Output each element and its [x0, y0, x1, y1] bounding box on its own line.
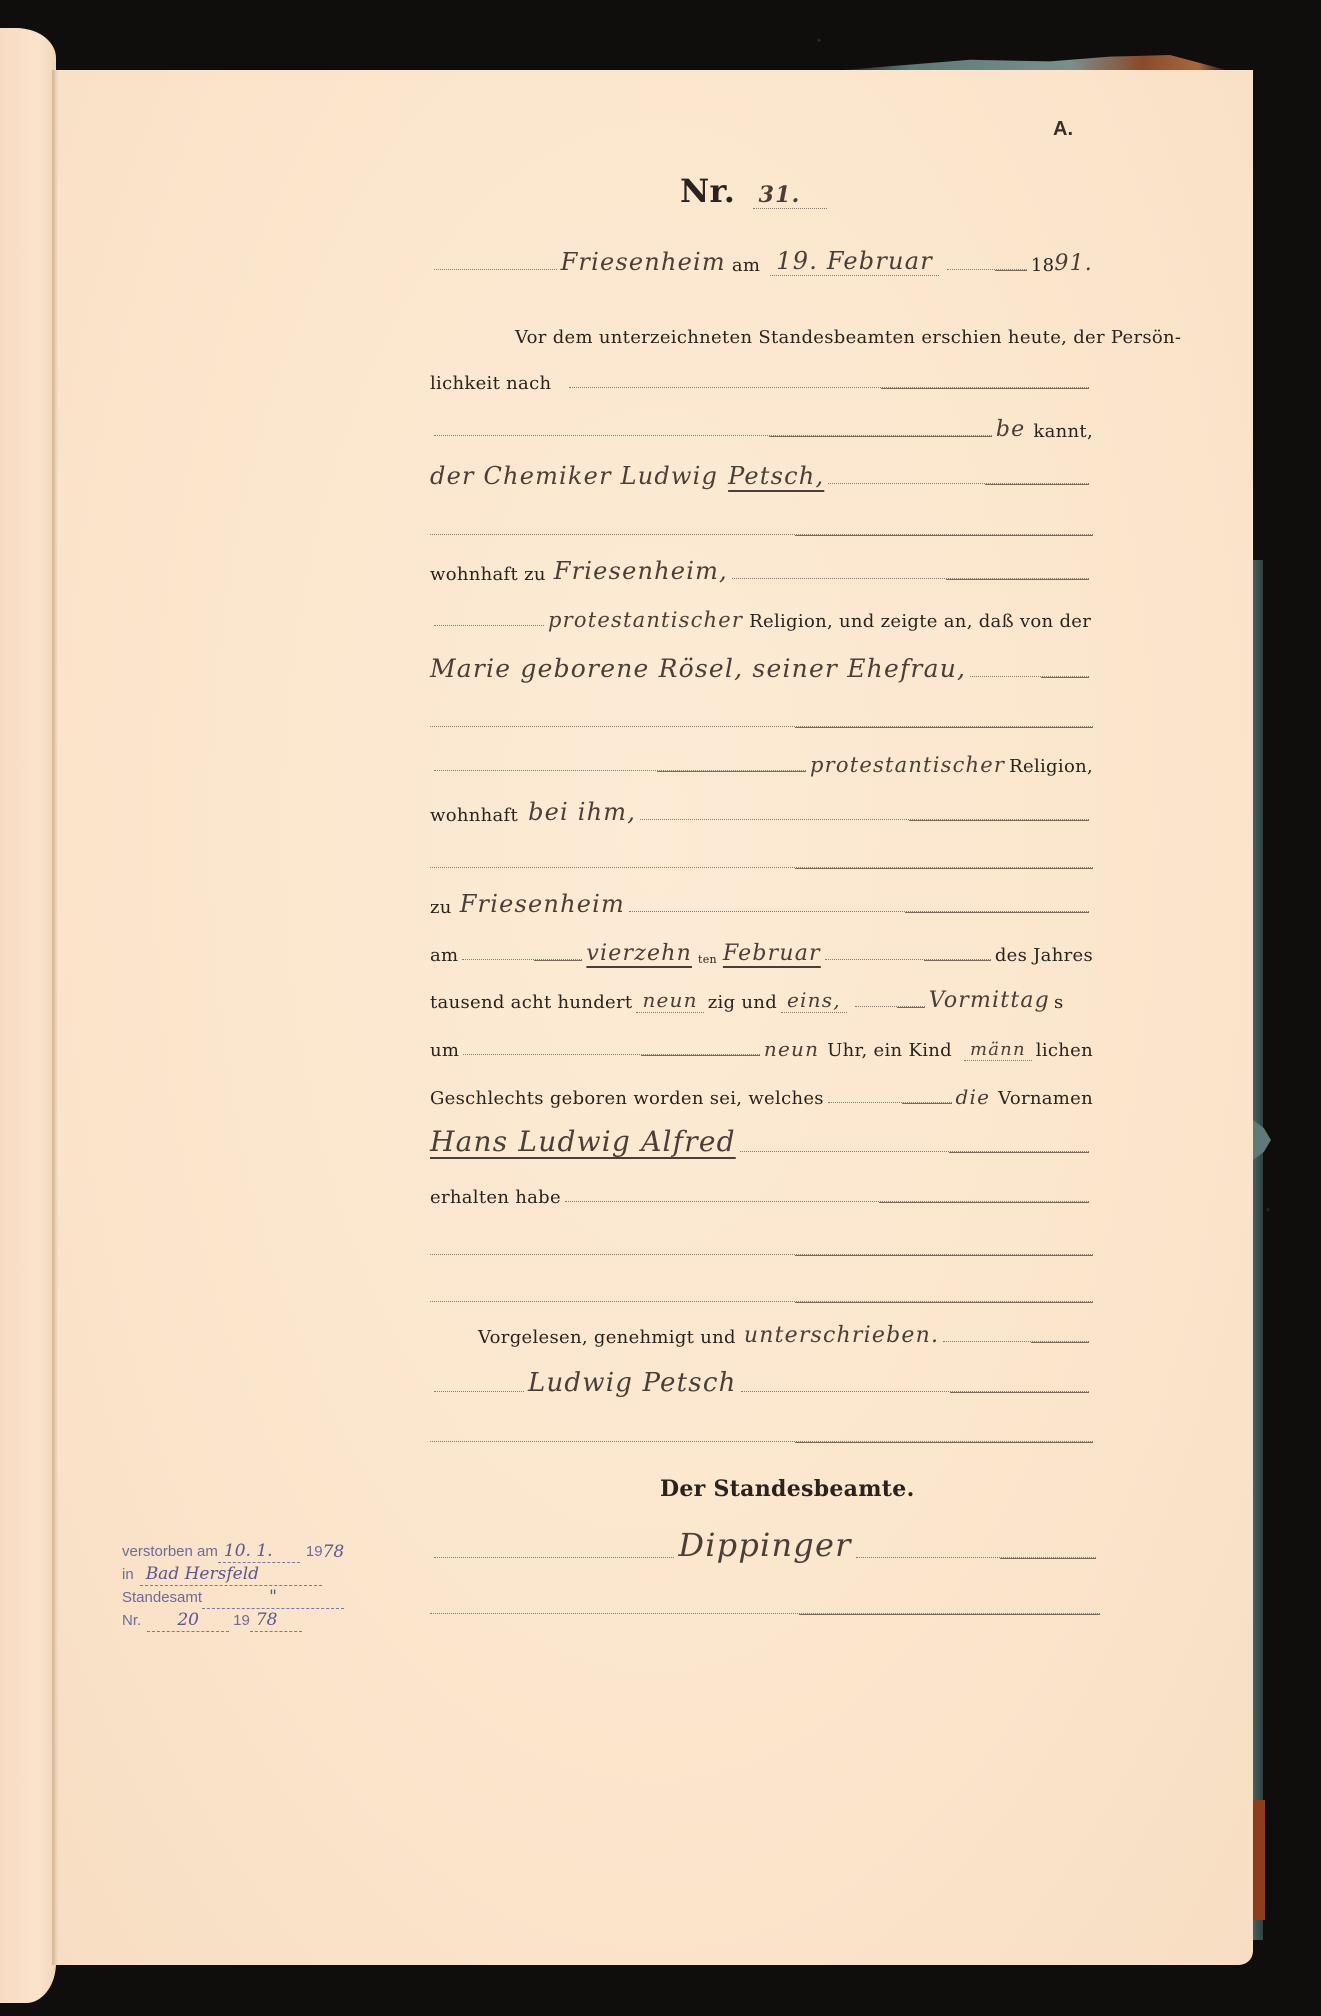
given-names-label: Vornamen [998, 1088, 1093, 1109]
article-value: die [956, 1085, 991, 1109]
blank-line [430, 1612, 1100, 1614]
stamp-died-line: verstorben am 10. 1. 19 78 [122, 1540, 362, 1563]
mother-religion-line: protestantischer Religion, [430, 737, 1093, 777]
death-notation-stamp: verstorben am 10. 1. 19 78 in Bad Hersfe… [122, 1540, 362, 1632]
hour-label: um [430, 1040, 459, 1061]
time-suffix: s [1054, 992, 1064, 1013]
form-type-mark: A. [1053, 118, 1073, 141]
known-hand: be [996, 417, 1026, 442]
day-suffix: ten [698, 953, 717, 966]
blank-line [430, 725, 1093, 727]
stamp-died-date: 10. 1. [218, 1540, 300, 1563]
year-hand-a: neun [636, 988, 703, 1013]
mother-line: Marie geborene Rösel, seiner Ehefrau, [430, 643, 1093, 683]
stamp-nr-year-prefix: 19 [233, 1610, 250, 1632]
received-line: erhalten habe [430, 1168, 1093, 1208]
intro-line: Vor dem unterzeichneten Standesbeamten e… [515, 308, 1095, 348]
blank-line [430, 1440, 1093, 1442]
official-signature: Dippinger [678, 1526, 851, 1564]
informant-signature: Ludwig Petsch [528, 1368, 737, 1398]
dotted-line [828, 482, 1089, 484]
blank-line [430, 533, 1093, 535]
dotted-line [462, 958, 582, 960]
dotted-line [565, 1200, 1089, 1202]
stamp-died-label: verstorben am [122, 1541, 218, 1563]
born-line: Geschlechts geboren worden sei, welches … [430, 1069, 1093, 1109]
informant-name: der Chemiker Ludwig [430, 462, 718, 490]
read-label: Vorgelesen, genehmigt und [478, 1327, 736, 1348]
birthyear-line: tausend acht hundert neun zig und eins, … [430, 973, 1093, 1013]
dotted-line [629, 910, 1089, 912]
year-prefix: 18 [1031, 255, 1055, 276]
received-label: erhalten habe [430, 1187, 561, 1208]
dotted-line [732, 577, 1089, 579]
blank-line [430, 1253, 1093, 1255]
mother-residence-label: wohnhaft [430, 805, 518, 826]
am-label: am [732, 255, 760, 276]
blank-line [430, 866, 1093, 868]
record-number: Nr. 31. [680, 172, 827, 210]
binding-corner [1253, 1800, 1265, 1920]
birthplace-line: zu Friesenheim [430, 878, 1093, 918]
dotted-line [855, 1005, 925, 1007]
child-names-line: Hans Ludwig Alfred [430, 1118, 1093, 1158]
child-text: Uhr, ein Kind [827, 1040, 952, 1061]
dotted-line [856, 1556, 1096, 1558]
residence-label: wohnhaft zu [430, 564, 546, 585]
mother-religion-value: protestantischer [810, 753, 1005, 777]
birthplace-label: zu [430, 897, 452, 918]
mother-residence-line: wohnhaft bei ihm, [430, 786, 1093, 826]
year-text-b: zig und [708, 992, 777, 1013]
birthdate-line: am vierzehn ten Februar des Jahres [430, 926, 1093, 966]
registration-date: 19. Februar [770, 247, 939, 276]
dotted-line [828, 1101, 952, 1103]
dotted-line [943, 1340, 1089, 1342]
dotted-line [434, 268, 557, 270]
dotted-line [434, 1556, 674, 1558]
blank-line [430, 1300, 1093, 1302]
known-line: be kannt, [430, 402, 1093, 442]
year-label: des Jahres [995, 945, 1093, 966]
mother-religion-label: Religion, [1009, 756, 1093, 777]
identity-line: lichkeit nach [430, 354, 1093, 394]
official-signature-line: Dippinger [430, 1524, 1100, 1564]
stamp-nr-year-suffix: 78 [250, 1609, 302, 1632]
informant-signature-line: Ludwig Petsch [430, 1358, 1093, 1398]
stamp-died-place: Bad Hersfeld [140, 1563, 322, 1586]
stamp-office-line: Standesamt " [122, 1586, 362, 1609]
stamp-office-value: " [202, 1586, 344, 1609]
born-text: Geschlechts geboren worden sei, welches [430, 1088, 824, 1109]
place-date-line: Friesenheim am 19. Februar 18 91. [430, 236, 1093, 276]
intro-text: Vor dem unterzeichneten Standesbeamten e… [515, 327, 1181, 348]
known-print: kannt, [1033, 421, 1093, 442]
stamp-died-year-suffix: 78 [323, 1541, 345, 1563]
birthplace-value: Friesenheim [460, 890, 625, 918]
record-number-value: 31. [753, 182, 827, 209]
dotted-line [741, 1390, 1089, 1392]
year-text-a: tausend acht hundert [430, 992, 632, 1013]
stamp-place-line: in Bad Hersfeld [122, 1563, 362, 1586]
informant-surname: Petsch, [728, 462, 824, 490]
read-line: Vorgelesen, genehmigt und unterschrieben… [478, 1308, 1093, 1348]
sex-value: männ [964, 1039, 1032, 1061]
residence-line: wohnhaft zu Friesenheim, [430, 545, 1093, 585]
read-value: unterschrieben. [744, 1323, 939, 1348]
registration-place: Friesenheim [561, 248, 726, 276]
dotted-line [740, 1150, 1089, 1152]
birth-day: vierzehn [586, 941, 692, 966]
religion-value: protestantischer [548, 608, 743, 632]
mother-residence-value: bei ihm, [528, 798, 636, 826]
stamp-nr-value: 20 [147, 1609, 229, 1632]
stamp-nr-line: Nr. 20 19 78 [122, 1609, 362, 1632]
left-page-edge [0, 28, 56, 2003]
hour-value: neun [764, 1037, 819, 1061]
stamp-died-year-prefix: 19 [306, 1541, 323, 1563]
dotted-line [970, 675, 1089, 677]
dotted-line [569, 386, 1089, 388]
year-suffix: 91. [1054, 251, 1093, 276]
dotted-line [640, 818, 1089, 820]
page-gutter [52, 70, 58, 1965]
official-heading: Der Standesbeamte. [660, 1476, 915, 1502]
book-binding-edge [1253, 560, 1263, 1940]
dotted-line [947, 268, 1027, 270]
hour-line: um neun Uhr, ein Kind männ lichen [430, 1021, 1093, 1061]
time-of-day: Vormittag [929, 988, 1050, 1013]
stamp-office-label: Standesamt [122, 1587, 202, 1609]
mother-name: Marie geborene Rösel, seiner Ehefrau, [430, 654, 966, 683]
dotted-line [463, 1053, 760, 1055]
day-label: am [430, 945, 458, 966]
child-names: Hans Ludwig Alfred [430, 1125, 736, 1158]
identity-label: lichkeit nach [430, 373, 551, 394]
dotted-line [434, 624, 544, 626]
sex-suffix: lichen [1036, 1040, 1093, 1061]
religion-line: protestantischer Religion, und zeigte an… [430, 592, 1093, 632]
birth-month: Februar [723, 941, 821, 966]
dotted-line [434, 769, 806, 771]
dotted-line [825, 958, 991, 960]
stamp-nr-label: Nr. [122, 1610, 141, 1632]
year-hand-b: eins, [781, 988, 847, 1013]
informant-line: der Chemiker Ludwig Petsch, [430, 450, 1093, 490]
dotted-line [434, 1390, 524, 1392]
stamp-in-label: in [122, 1564, 134, 1586]
residence-value: Friesenheim, [554, 557, 728, 585]
dotted-line [434, 434, 992, 436]
religion-text: Religion, und zeigte an, daß von der [749, 611, 1091, 632]
record-number-label: Nr. [680, 172, 735, 210]
